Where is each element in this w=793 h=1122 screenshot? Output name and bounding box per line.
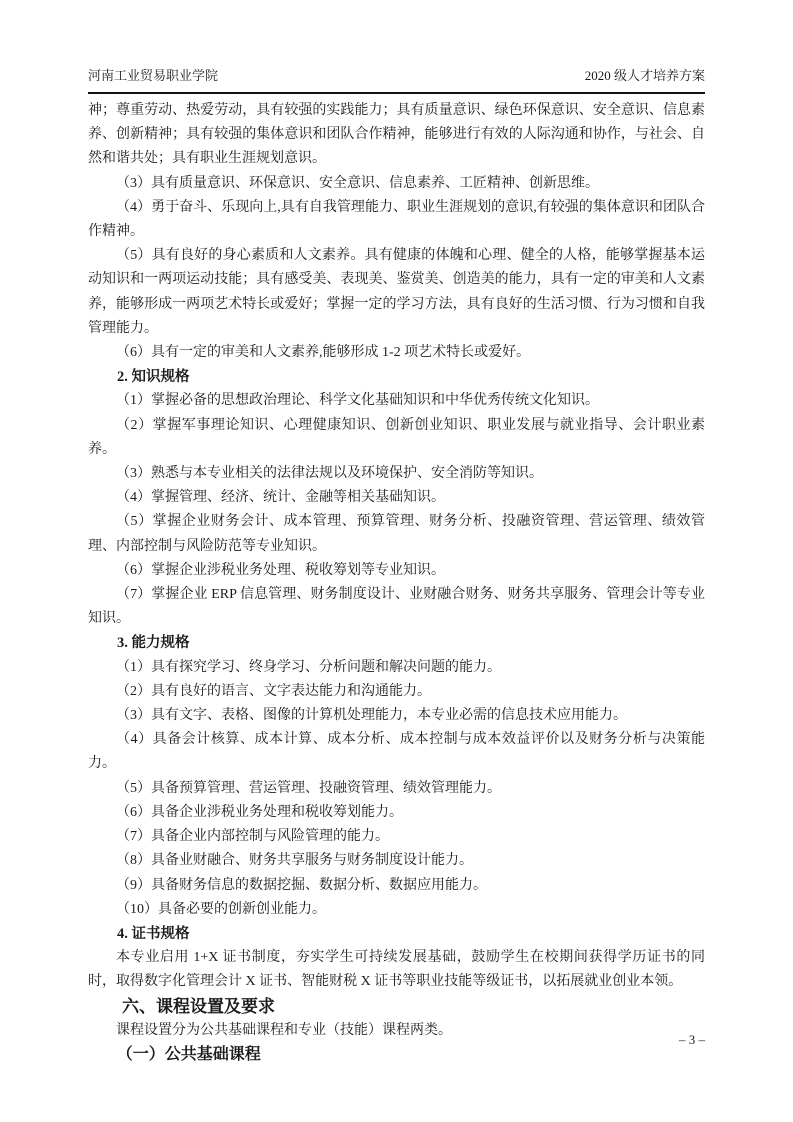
paragraph: （6）具备企业涉税业务处理和税收筹划能力。: [88, 801, 705, 825]
paragraph: （3）具有文字、表格、图像的计算机处理能力，本专业必需的信息技术应用能力。: [88, 704, 705, 728]
paragraph: （3）熟悉与本专业相关的法律法规以及环境保护、安全消防等知识。: [88, 462, 705, 486]
header-document-title: 2020 级人才培养方案: [585, 67, 705, 85]
paragraph: （7）具备企业内部控制与风险管理的能力。: [88, 825, 705, 849]
page-header: 河南工业贸易职业学院 2020 级人才培养方案: [88, 67, 705, 94]
paragraph: （1）掌握必备的思想政治理论、科学文化基础知识和中华优秀传统文化知识。: [88, 389, 705, 413]
paragraph: （6）掌握企业涉税业务处理、税收筹划等专业知识。: [88, 559, 705, 583]
paragraph: （4）勇于奋斗、乐现向上,具有自我管理能力、职业生涯规划的意识,有较强的集体意识…: [88, 196, 705, 244]
document-page: 河南工业贸易职业学院 2020 级人才培养方案 神；尊重劳动、热爱劳动，具有较强…: [0, 0, 793, 1122]
paragraph: （5）具有良好的身心素质和人文素养。具有健康的体魄和心理、健全的人格，能够掌握基…: [88, 244, 705, 341]
paragraph: （7）掌握企业 ERP 信息管理、财务制度设计、业财融合财务、财务共享服务、管理…: [88, 583, 705, 631]
header-school-name: 河南工业贸易职业学院: [88, 67, 218, 85]
paragraph: （2）掌握军事理论知识、心理健康知识、创新创业知识、职业发展与就业指导、会计职业…: [88, 414, 705, 462]
page-number-text: – 3 –: [679, 1032, 705, 1047]
paragraph: （5）具备预算管理、营运管理、投融资管理、绩效管理能力。: [88, 777, 705, 801]
paragraph: （9）具备财务信息的数据挖掘、数据分析、数据应用能力。: [88, 874, 705, 898]
paragraph: 本专业启用 1+X 证书制度，夯实学生可持续发展基础，鼓励学生在校期间获得学历证…: [88, 946, 705, 994]
paragraph: （2）具有良好的语言、文字表达能力和沟通能力。: [88, 680, 705, 704]
subsection-heading: 2. 知识规格: [88, 365, 705, 389]
paragraph: （6）具有一定的审美和人文素养,能够形成 1-2 项艺术特长或爱好。: [88, 341, 705, 365]
paragraph-continued: 神；尊重劳动、热爱劳动，具有较强的实践能力；具有质量意识、绿色环保意识、安全意识…: [88, 99, 705, 172]
document-body: 神；尊重劳动、热爱劳动，具有较强的实践能力；具有质量意识、绿色环保意识、安全意识…: [88, 99, 705, 1067]
paragraph: （8）具备业财融合、财务共享服务与财务制度设计能力。: [88, 849, 705, 873]
paragraph: （4）具备会计核算、成本计算、成本分析、成本控制与成本效益评价以及财务分析与决策…: [88, 728, 705, 776]
paragraph: （4）掌握管理、经济、统计、金融等相关基础知识。: [88, 486, 705, 510]
paragraph: （3）具有质量意识、环保意识、安全意识、信息素养、工匠精神、创新思维。: [88, 172, 705, 196]
subsection-heading: 4. 证书规格: [88, 922, 705, 946]
subsection-heading: 3. 能力规格: [88, 631, 705, 655]
paragraph: 课程设置分为公共基础课程和专业（技能）课程两类。: [88, 1019, 705, 1043]
page-number: – 3 –: [679, 1031, 705, 1049]
chapter-heading: 六、课程设置及要求: [88, 995, 705, 1019]
paragraph: （1）具有探究学习、终身学习、分析问题和解决问题的能力。: [88, 656, 705, 680]
paragraph: （10）具备必要的创新创业能力。: [88, 898, 705, 922]
paragraph: （5）掌握企业财务会计、成本管理、预算管理、财务分析、投融资管理、营运管理、绩效…: [88, 510, 705, 558]
section-heading: （一）公共基础课程: [88, 1043, 705, 1067]
